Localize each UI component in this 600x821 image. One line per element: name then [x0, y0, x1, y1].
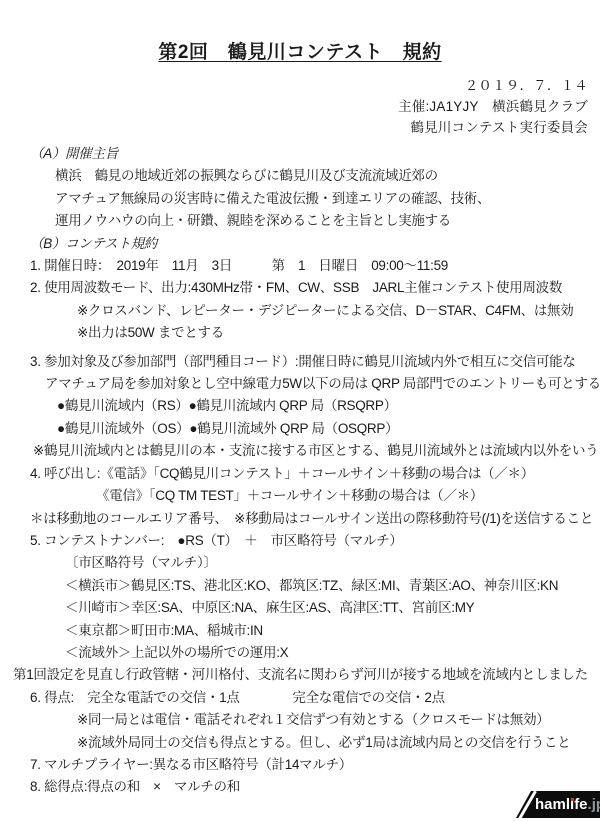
- hamlife-tld: .jp: [588, 796, 600, 813]
- rule-item-6-points: 6. 得点: 完全な電話での交信・1点 完全な電信での交信・2点: [0, 687, 600, 709]
- document-date: ２０１９．７．１４: [0, 75, 588, 96]
- document-title: 第2回 鶴見川コンテスト 規約: [0, 40, 600, 66]
- multiplier-outside: ＜流域外＞上記以外の場所での運用:X: [0, 642, 600, 664]
- purpose-line-2: アマチュア無線局の災害時に備えた電波伝搬・到達エリアの確認、技術、: [0, 188, 600, 210]
- section-b-heading: （B）コンテスト規約: [0, 233, 600, 255]
- rule-item-2-note-2: ※出力は50W までとする: [0, 322, 600, 344]
- hamlife-brand-post: fe: [574, 796, 587, 813]
- multiplier-list-heading: 〔市区略符号（マルチ）〕: [0, 552, 600, 574]
- rule-item-3-eligibility: 3. 参加対象及び参加部門（部門種目コード）:開催日時に鶴見川流域内外で相互に交…: [0, 351, 600, 373]
- multiplier-yokohama: ＜横浜市＞鶴見区:TS、港北区:KO、都筑区:TZ、緑区:MI、青葉区:AO、神…: [0, 575, 600, 597]
- multiplier-tokyo: ＜東京都＞町田市:MA、稲城市:IN: [0, 620, 600, 642]
- document-header-right: ２０１９．７．１４ 主催:JA1YJY 横浜鶴見クラブ 鶴見川コンテスト実行委員…: [0, 75, 600, 138]
- section-a-heading: （A）開催主旨: [0, 143, 600, 165]
- hamlife-brand-pre: haml: [535, 796, 570, 813]
- purpose-line-3: 運用ノウハウの向上・研鑽、親睦を深めることを主旨とし実施する: [0, 210, 600, 232]
- rule-item-7-multiplier: 7. マルチプライヤー:異なる市区略符号（計14マルチ）: [0, 754, 600, 776]
- rule-item-6-note-1: ※同一局とは電信・電話それぞれ１交信ずつ有効とする（クロスモードは無効）: [0, 709, 600, 731]
- rule-item-2-frequency: 2. 使用周波数モード、出力:430MHz帯・FM、CW、SSB JARL主催コ…: [0, 277, 600, 299]
- rule-item-8-total-score: 8. 総得点:得点の和 × マルチの和: [0, 776, 600, 798]
- multiplier-kawasaki: ＜川崎市＞幸区:SA、中原区:NA、麻生区:AS、高津区:TT、宮前区:MY: [0, 597, 600, 619]
- rule-item-1-date: 1. 開催日時： 2019年 11月 3日 第 1 日曜日 09:00～11:5…: [0, 255, 600, 277]
- rule-item-2-note-1: ※クロスバンド、レピーター・デジピーターによる交信、D－STAR、C4FM、は無…: [0, 300, 600, 322]
- document-page: 第2回 鶴見川コンテスト 規約 ２０１９．７．１４ 主催:JA1YJY 横浜鶴見…: [0, 0, 600, 821]
- hamlife-logo-text: hamlıfe.jp: [535, 795, 600, 814]
- committee-line: 鶴見川コンテスト実行委員会: [0, 117, 588, 138]
- category-outside-basin: ●鶴見川流域外（OS）●鶴見川流域外 QRP 局（OSQRP）: [0, 418, 600, 440]
- rule-item-5-contest-number: 5. コンテストナンバー: ●RS（T） ＋ 市区略符号（マルチ）: [0, 530, 600, 552]
- rule-item-6-note-2: ※流域外局同士の交信も得点とする。但し、必ず1局は流域内局との交信を行うこと: [0, 732, 600, 754]
- hamlife-logo: hamlıfe.jp: [512, 791, 600, 818]
- revision-note: 第1回設定を見直し行政管轄・河川格付、支流名に関わらず河川が接する地域を流域内と…: [0, 664, 600, 686]
- rule-item-3-continuation: アマチュア局を参加対象とし空中線電力5W以下の局は QRP 局部門でのエントリー…: [0, 373, 600, 395]
- category-inside-basin: ●鶴見川流域内（RS）●鶴見川流域内 QRP 局（RSQRP）: [0, 395, 600, 417]
- rule-item-4-note: ＊は移動地のコールエリア番号、 ※移動局はコールサイン送出の際移動符号(/1)を…: [0, 508, 600, 530]
- document-body: （A）開催主旨 横浜 鶴見の地域近郊の振興ならびに鶴見川及び支流流域近郊の アマ…: [0, 143, 600, 799]
- rule-item-4-calling: 4. 呼び出し:《電話》「CQ鶴見川コンテスト」＋コールサイン＋移動の場合は（／…: [0, 463, 600, 485]
- purpose-line-1: 横浜 鶴見の地域近郊の振興ならびに鶴見川及び支流流域近郊の: [0, 165, 600, 187]
- hamlife-brand-i: ı: [570, 796, 574, 813]
- rule-item-4-cw-calling: 《電信》「CQ TM TEST」＋コールサイン＋移動の場合は（／＊）: [0, 485, 600, 507]
- rule-item-3-note: ※鶴見川流域内とは鶴見川の本・支流に接する市区とする、鶴見川流域外とは流域内以外…: [0, 440, 600, 462]
- organizer-line: 主催:JA1YJY 横浜鶴見クラブ: [0, 96, 588, 117]
